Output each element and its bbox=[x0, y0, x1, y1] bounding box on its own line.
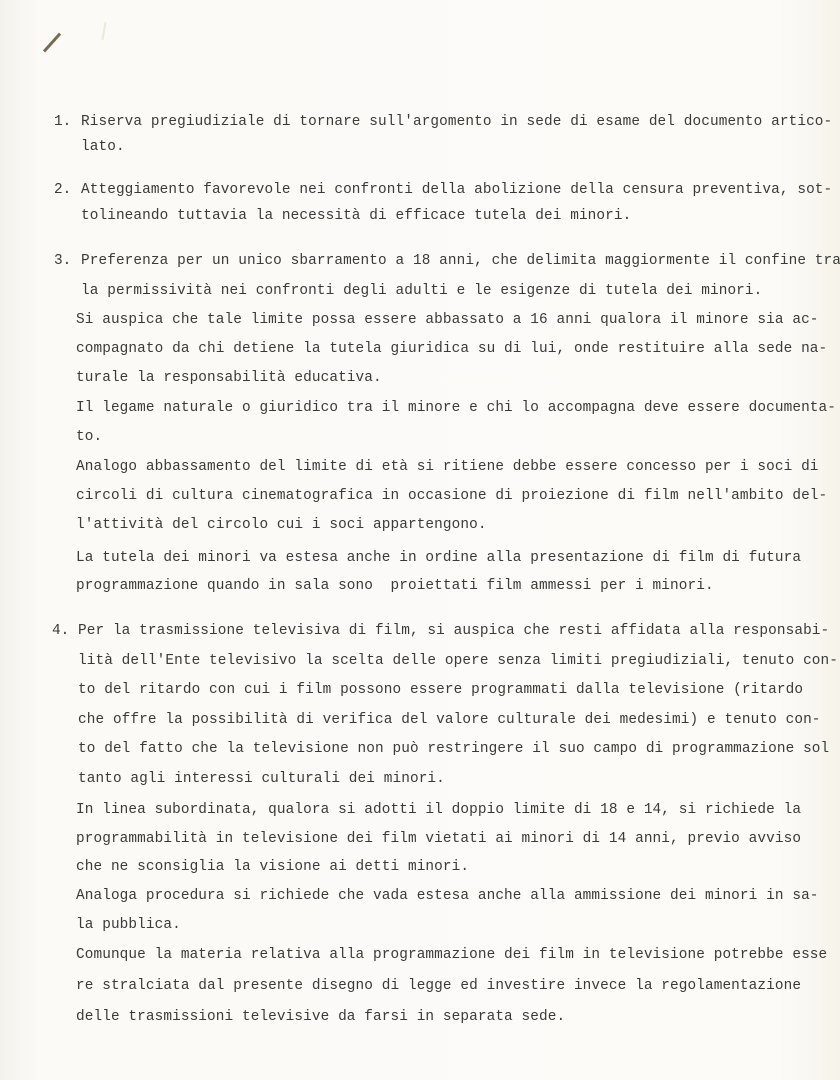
paper-mark bbox=[101, 22, 106, 40]
text-line: Preferenza per un unico sbarramento a 18… bbox=[81, 252, 840, 270]
text-line: tolineando tuttavia la necessità di effi… bbox=[81, 207, 631, 225]
text-line: lato. bbox=[81, 138, 125, 156]
text-line: programmabilità in televisione dei film … bbox=[76, 830, 801, 848]
text-line: la permissività nei confronti degli adul… bbox=[81, 282, 762, 300]
text-line: In linea subordinata, qualora si adotti … bbox=[76, 801, 801, 819]
text-line: la pubblica. bbox=[76, 916, 181, 934]
text-line: che offre la possibilità di verifica del… bbox=[78, 711, 821, 729]
text-line: Riserva pregiudiziale di tornare sull'ar… bbox=[81, 113, 832, 131]
text-line: compagnato da chi detiene la tutela giur… bbox=[76, 340, 827, 358]
text-line: re stralciata dal presente disegno di le… bbox=[76, 977, 801, 995]
text-line: lità dell'Ente televisivo la scelta dell… bbox=[78, 652, 838, 670]
text-line: programmazione quando in sala sono proie… bbox=[76, 577, 714, 595]
text-line: che ne sconsiglia la visione ai detti mi… bbox=[76, 858, 469, 876]
item-number: 2. bbox=[54, 181, 71, 199]
text-line: Si auspica che tale limite possa essere … bbox=[76, 311, 819, 329]
text-line: to del fatto che la televisione non può … bbox=[78, 740, 829, 758]
text-line: Il legame naturale o giuridico tra il mi… bbox=[76, 399, 836, 417]
text-line: Analogo abbassamento del limite di età s… bbox=[76, 458, 819, 476]
text-line: to del ritardo con cui i film possono es… bbox=[78, 681, 803, 699]
text-line: circoli di cultura cinematografica in oc… bbox=[76, 487, 827, 505]
text-line: Analoga procedura si richiede che vada e… bbox=[76, 887, 819, 905]
text-line: Comunque la materia relativa alla progra… bbox=[76, 946, 827, 964]
typewritten-page: 1. Riserva pregiudiziale di tornare sull… bbox=[0, 0, 840, 1080]
item-number: 3. bbox=[54, 252, 71, 270]
text-line: delle trasmissioni televisive da farsi i… bbox=[76, 1008, 565, 1026]
text-line: Per la trasmissione televisiva di film, … bbox=[78, 622, 829, 640]
text-line: La tutela dei minori va estesa anche in … bbox=[76, 549, 801, 567]
text-line: l'attività del circolo cui i soci appart… bbox=[76, 516, 487, 534]
handwritten-slash-mark bbox=[43, 33, 61, 53]
item-number: 1. bbox=[54, 113, 71, 131]
text-line: to. bbox=[76, 428, 102, 446]
item-number: 4. bbox=[52, 622, 69, 640]
text-line: Atteggiamento favorevole nei confronti d… bbox=[81, 181, 832, 199]
text-line: turale la responsabilità educativa. bbox=[76, 369, 382, 387]
text-line: tanto agli interessi culturali dei minor… bbox=[78, 770, 445, 788]
